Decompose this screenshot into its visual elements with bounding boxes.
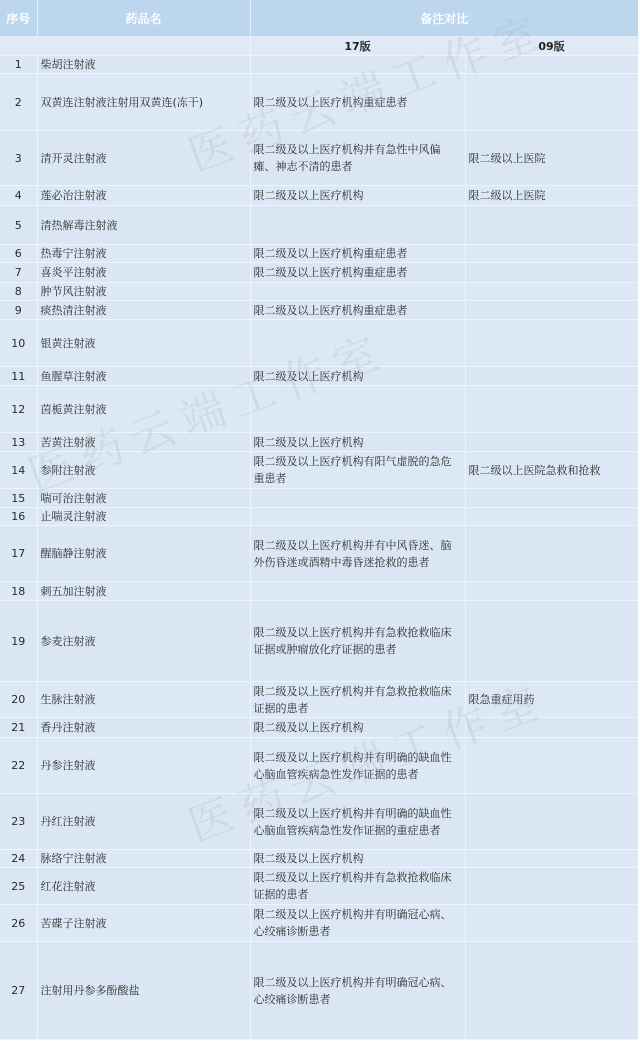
remark-2017-cell: 限二级及以上医疗机构 [250,186,465,206]
remark-2009-cell [465,508,638,526]
remark-2009-cell [465,386,638,433]
row-number-cell: 25 [0,868,37,905]
drug-name-cell: 喘可治注射液 [37,489,250,508]
remark-2017-cell: 限二级及以上医疗机构 [250,718,465,738]
header-drug-name: 药品名 [37,0,250,37]
remark-2009-cell [465,718,638,738]
row-number-cell: 7 [0,263,37,283]
table-row: 24脉络宁注射液限二级及以上医疗机构 [0,850,638,868]
table-body: 1柴胡注射液2双黄连注射液注射用双黄连(冻干)限二级及以上医疗机构重症患者3清开… [0,56,638,1040]
remark-2009-cell [465,794,638,850]
table-row: 6热毒宁注射液限二级及以上医疗机构重症患者 [0,245,638,263]
remark-2017-cell: 限二级及以上医疗机构并有明确冠心病、心绞痛诊断患者 [250,905,465,942]
row-number-cell: 3 [0,131,37,186]
row-number-cell: 13 [0,433,37,452]
drug-name-cell: 丹红注射液 [37,794,250,850]
table-row: 26苦碟子注射液限二级及以上医疗机构并有明确冠心病、心绞痛诊断患者 [0,905,638,942]
drug-name-cell: 注射用丹参多酚酸盐 [37,942,250,1040]
remark-2017-cell: 限二级及以上医疗机构 [250,367,465,386]
row-number-cell: 24 [0,850,37,868]
remark-2009-cell [465,582,638,601]
table-row: 23丹红注射液限二级及以上医疗机构并有明确的缺血性心脑血管疾病急性发作证据的重症… [0,794,638,850]
row-number-cell: 17 [0,526,37,582]
remark-2009-cell: 限二级以上医院 [465,131,638,186]
remark-2009-cell [465,283,638,301]
drug-remark-comparison-table: 序号 药品名 备注对比 17版 09版 1柴胡注射液2双黄连注射液注射用双黄连(… [0,0,639,1040]
remark-2009-cell [465,738,638,794]
row-number-cell: 11 [0,367,37,386]
table-row: 22丹参注射液限二级及以上医疗机构并有明确的缺血性心脑血管疾病急性发作证据的患者 [0,738,638,794]
row-number-cell: 16 [0,508,37,526]
table-row: 20生脉注射液限二级及以上医疗机构并有急救抢救临床证据的患者限急重症用药 [0,682,638,718]
remark-2009-cell [465,245,638,263]
remark-2017-cell: 限二级及以上医疗机构 [250,433,465,452]
drug-name-cell: 鱼腥草注射液 [37,367,250,386]
drug-name-cell: 银黄注射液 [37,320,250,367]
drug-name-cell: 红花注射液 [37,868,250,905]
remark-2009-cell [465,433,638,452]
row-number-cell: 21 [0,718,37,738]
table-row: 19参麦注射液限二级及以上医疗机构并有急救抢救临床证据或肿瘤放化疗证据的患者 [0,601,638,682]
remark-2017-cell: 限二级及以上医疗机构重症患者 [250,74,465,131]
remark-2009-cell: 限二级以上医院急救和抢救 [465,452,638,489]
remark-2017-cell [250,320,465,367]
row-number-cell: 9 [0,301,37,320]
row-number-cell: 8 [0,283,37,301]
row-number-cell: 22 [0,738,37,794]
row-number-cell: 2 [0,74,37,131]
remark-2017-cell [250,56,465,74]
remark-2009-cell [465,320,638,367]
remark-2009-cell [465,301,638,320]
table-row: 16止喘灵注射液 [0,508,638,526]
drug-name-cell: 刺五加注射液 [37,582,250,601]
table-row: 11鱼腥草注射液限二级及以上医疗机构 [0,367,638,386]
drug-name-cell: 脉络宁注射液 [37,850,250,868]
drug-name-cell: 止喘灵注射液 [37,508,250,526]
table-row: 4莲必治注射液限二级及以上医疗机构限二级以上医院 [0,186,638,206]
table-row: 5清热解毒注射液 [0,206,638,245]
row-number-cell: 10 [0,320,37,367]
row-number-cell: 19 [0,601,37,682]
drug-name-cell: 丹参注射液 [37,738,250,794]
row-number-cell: 26 [0,905,37,942]
remark-2017-cell: 限二级及以上医疗机构并有明确的缺血性心脑血管疾病急性发作证据的重症患者 [250,794,465,850]
header-remark-comparison: 备注对比 [250,0,638,37]
remark-2017-cell: 限二级及以上医疗机构并有急救抢救临床证据的患者 [250,868,465,905]
row-number-cell: 1 [0,56,37,74]
row-number-cell: 23 [0,794,37,850]
row-number-cell: 14 [0,452,37,489]
table-row: 17醒脑静注射液限二级及以上医疗机构并有中风昏迷、脑外伤昏迷或酒精中毒昏迷抢救的… [0,526,638,582]
header-row: 序号 药品名 备注对比 [0,0,638,37]
remark-2017-cell [250,206,465,245]
remark-2009-cell [465,942,638,1040]
remark-2017-cell [250,489,465,508]
remark-2017-cell: 限二级及以上医疗机构重症患者 [250,263,465,283]
remark-2017-cell: 限二级及以上医疗机构有阳气虚脱的急危重患者 [250,452,465,489]
remark-2017-cell: 限二级及以上医疗机构并有急救抢救临床证据的患者 [250,682,465,718]
header-no: 序号 [0,0,37,37]
drug-name-cell: 苦黄注射液 [37,433,250,452]
table-row: 3清开灵注射液限二级及以上医疗机构并有急性中风偏瘫、神志不清的患者限二级以上医院 [0,131,638,186]
remark-2009-cell [465,868,638,905]
table-row: 7喜炎平注射液限二级及以上医疗机构重症患者 [0,263,638,283]
drug-name-cell: 茵栀黄注射液 [37,386,250,433]
drug-name-cell: 双黄连注射液注射用双黄连(冻干) [37,74,250,131]
subheader-version-09: 09版 [465,37,638,56]
remark-2017-cell [250,386,465,433]
drug-name-cell: 痰热清注射液 [37,301,250,320]
remark-2017-cell: 限二级及以上医疗机构 [250,850,465,868]
remark-2017-cell: 限二级及以上医疗机构并有明确冠心病、心绞痛诊断患者 [250,942,465,1040]
row-number-cell: 4 [0,186,37,206]
table-row: 21香丹注射液限二级及以上医疗机构 [0,718,638,738]
remark-2017-cell: 限二级及以上医疗机构重症患者 [250,245,465,263]
table-row: 10银黄注射液 [0,320,638,367]
table-row: 12茵栀黄注射液 [0,386,638,433]
drug-name-cell: 清开灵注射液 [37,131,250,186]
remark-2017-cell [250,508,465,526]
remark-2009-cell [465,601,638,682]
row-number-cell: 6 [0,245,37,263]
drug-name-cell: 苦碟子注射液 [37,905,250,942]
remark-2009-cell [465,526,638,582]
drug-name-cell: 参麦注射液 [37,601,250,682]
row-number-cell: 18 [0,582,37,601]
table-row: 13苦黄注射液限二级及以上医疗机构 [0,433,638,452]
drug-name-cell: 醒脑静注射液 [37,526,250,582]
row-number-cell: 20 [0,682,37,718]
remark-2017-cell: 限二级及以上医疗机构并有中风昏迷、脑外伤昏迷或酒精中毒昏迷抢救的患者 [250,526,465,582]
drug-name-cell: 喜炎平注射液 [37,263,250,283]
remark-2017-cell [250,582,465,601]
remark-2009-cell [465,367,638,386]
table-row: 18刺五加注射液 [0,582,638,601]
table-row: 14参附注射液限二级及以上医疗机构有阳气虚脱的急危重患者限二级以上医院急救和抢救 [0,452,638,489]
remark-2009-cell: 限急重症用药 [465,682,638,718]
row-number-cell: 15 [0,489,37,508]
remark-2009-cell [465,56,638,74]
drug-name-cell: 香丹注射液 [37,718,250,738]
drug-name-cell: 莲必治注射液 [37,186,250,206]
drug-name-cell: 热毒宁注射液 [37,245,250,263]
drug-name-cell: 参附注射液 [37,452,250,489]
table-row: 27注射用丹参多酚酸盐限二级及以上医疗机构并有明确冠心病、心绞痛诊断患者 [0,942,638,1040]
remark-2009-cell [465,850,638,868]
remark-2009-cell [465,905,638,942]
remark-2017-cell: 限二级及以上医疗机构并有急救抢救临床证据或肿瘤放化疗证据的患者 [250,601,465,682]
remark-2009-cell: 限二级以上医院 [465,186,638,206]
remark-2017-cell: 限二级及以上医疗机构并有急性中风偏瘫、神志不清的患者 [250,131,465,186]
remark-2009-cell [465,74,638,131]
subheader-blank [0,37,250,56]
remark-2009-cell [465,263,638,283]
row-number-cell: 27 [0,942,37,1040]
remark-2017-cell: 限二级及以上医疗机构并有明确的缺血性心脑血管疾病急性发作证据的患者 [250,738,465,794]
table-row: 15喘可治注射液 [0,489,638,508]
remark-2009-cell [465,206,638,245]
drug-name-cell: 生脉注射液 [37,682,250,718]
table-row: 2双黄连注射液注射用双黄连(冻干)限二级及以上医疗机构重症患者 [0,74,638,131]
remark-2017-cell: 限二级及以上医疗机构重症患者 [250,301,465,320]
drug-name-cell: 清热解毒注射液 [37,206,250,245]
comparison-table-container: 序号 药品名 备注对比 17版 09版 1柴胡注射液2双黄连注射液注射用双黄连(… [0,0,638,1040]
remark-2017-cell [250,283,465,301]
remark-2009-cell [465,489,638,508]
subheader-version-17: 17版 [250,37,465,56]
row-number-cell: 5 [0,206,37,245]
table-row: 8肿节风注射液 [0,283,638,301]
subheader-row: 17版 09版 [0,37,638,56]
row-number-cell: 12 [0,386,37,433]
drug-name-cell: 柴胡注射液 [37,56,250,74]
table-row: 9痰热清注射液限二级及以上医疗机构重症患者 [0,301,638,320]
table-row: 1柴胡注射液 [0,56,638,74]
drug-name-cell: 肿节风注射液 [37,283,250,301]
table-row: 25红花注射液限二级及以上医疗机构并有急救抢救临床证据的患者 [0,868,638,905]
